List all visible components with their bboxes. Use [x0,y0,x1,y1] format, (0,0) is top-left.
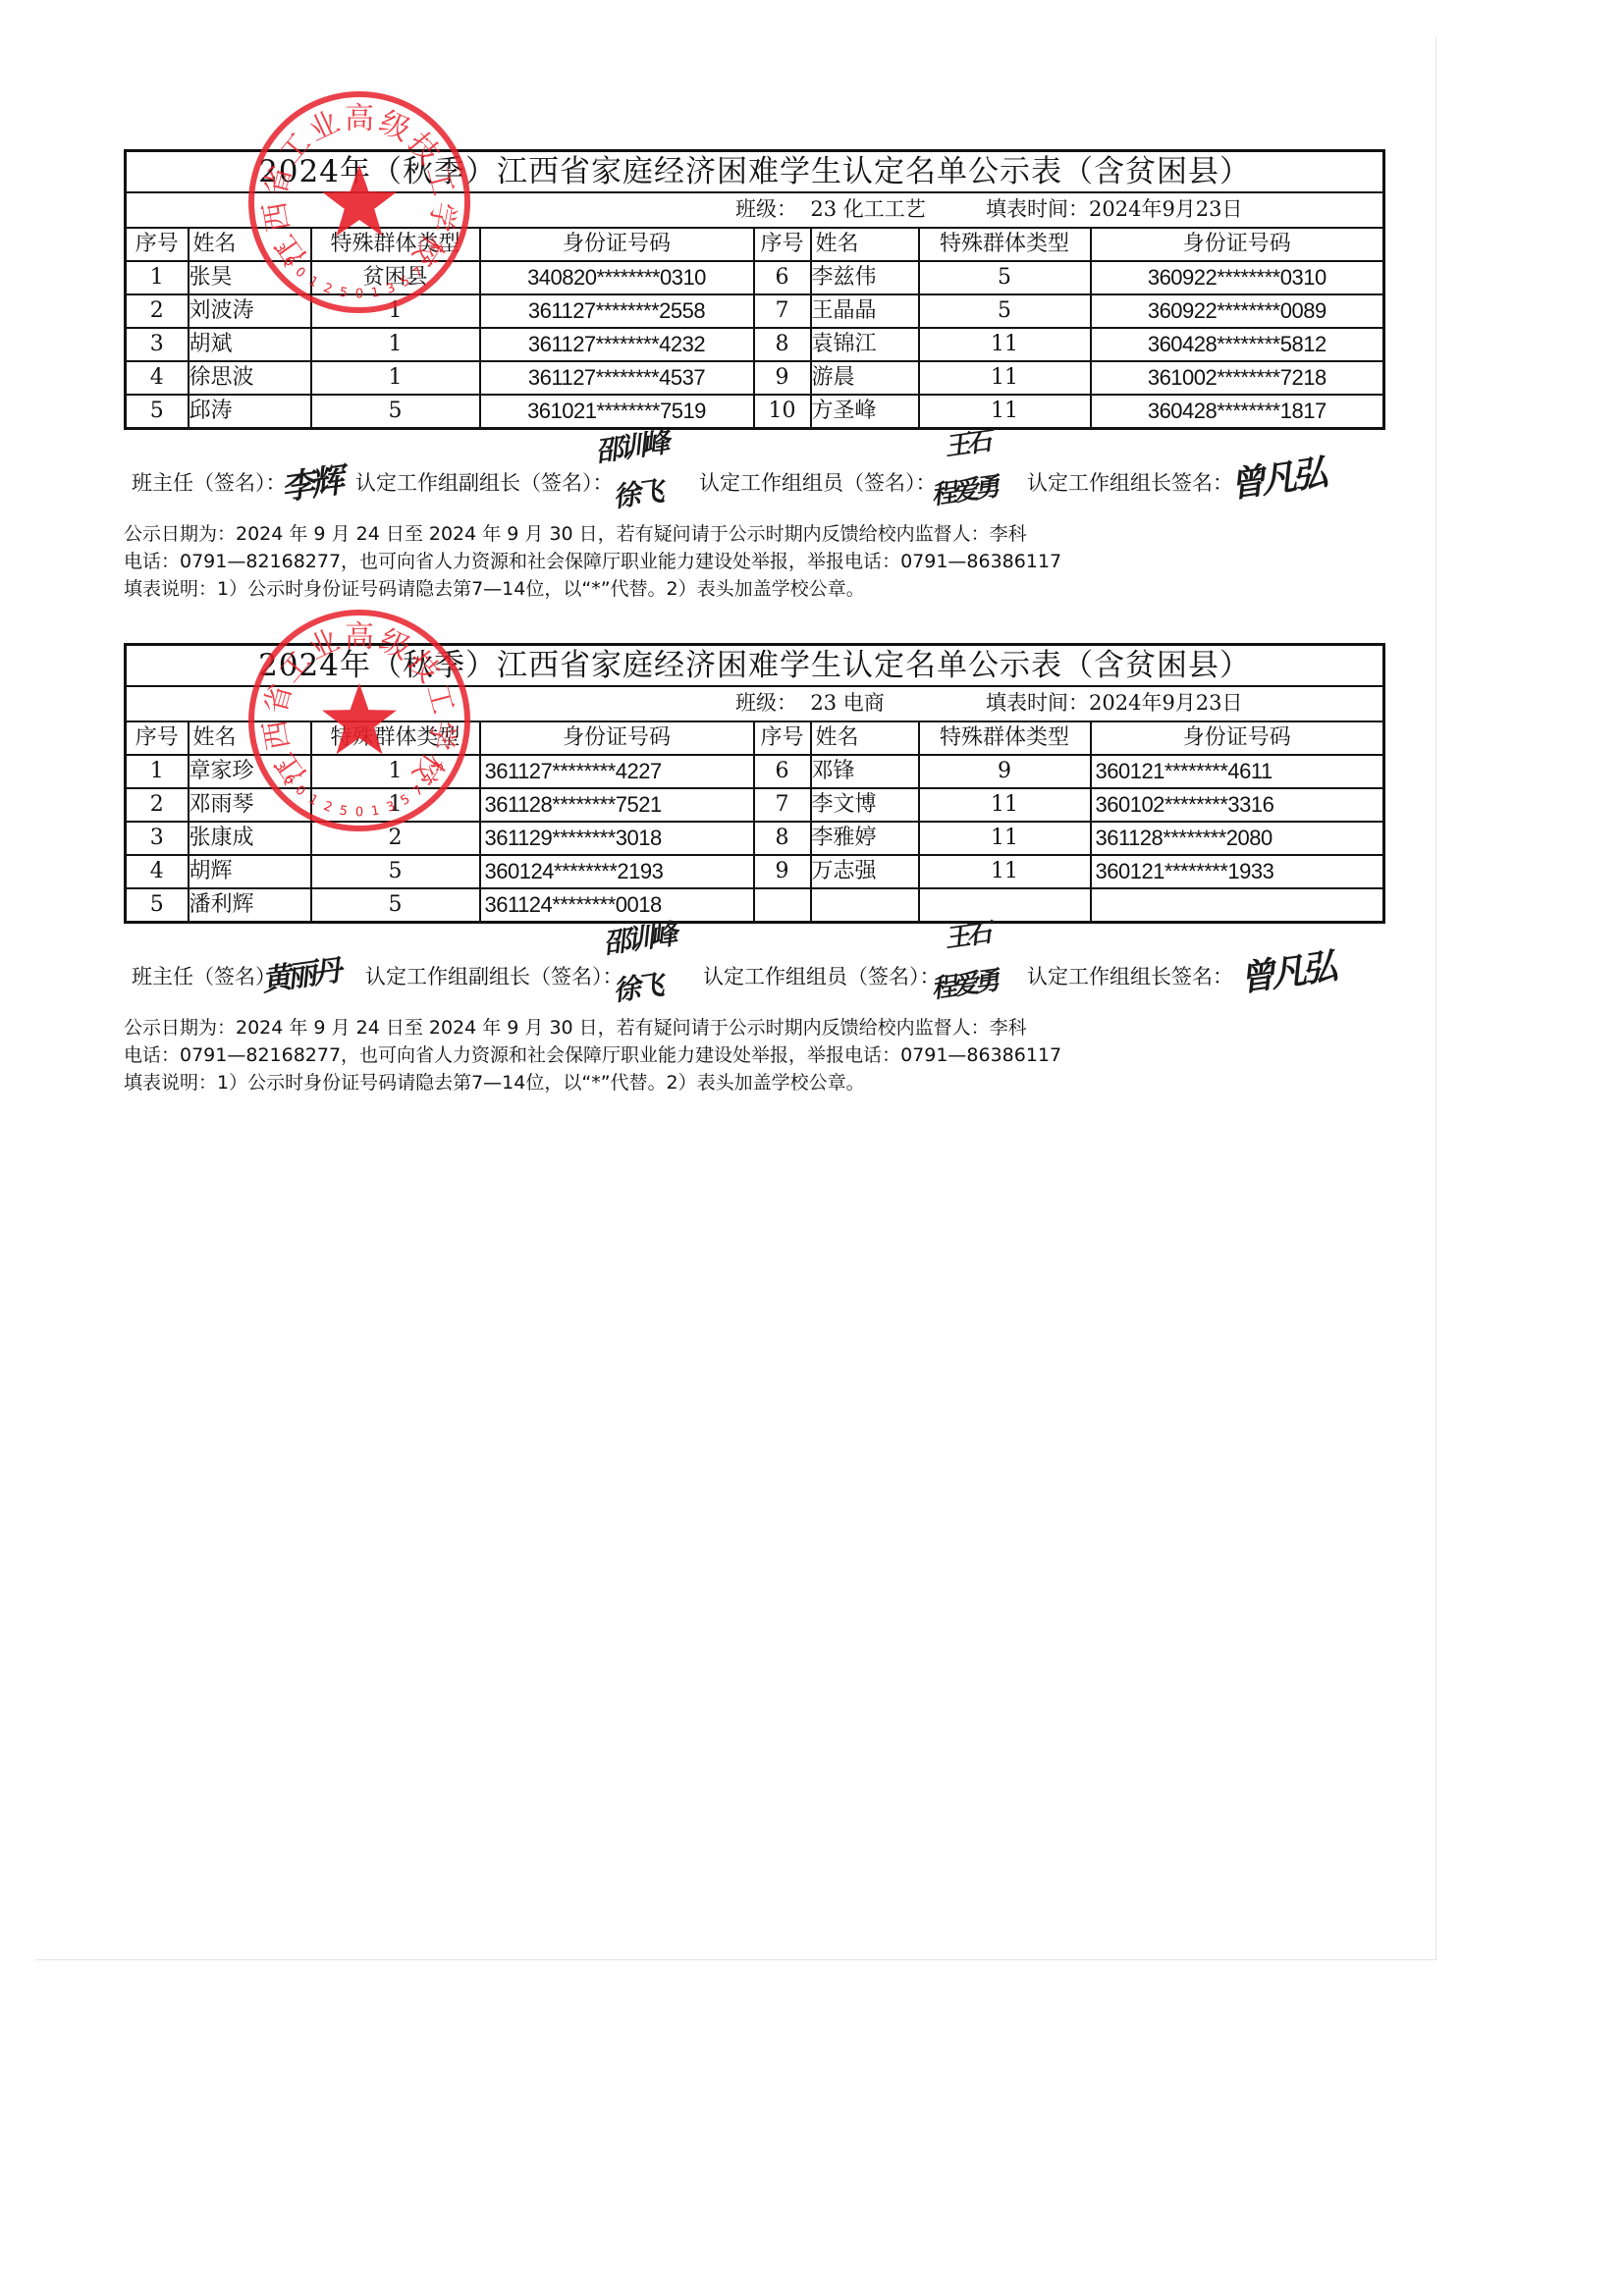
column-header: 特殊群体类型 [311,721,480,755]
group-type-cell: 11 [919,822,1091,855]
row-number-cell: 7 [754,294,811,328]
row-number-cell: 8 [754,822,811,855]
id-number-cell: 360922********0089 [1091,294,1384,328]
table-row: 2邓雨琴1361128********75217李文博11360102*****… [126,788,1384,822]
contact-note: 电话：0791—82168277，也可向省人力资源和社会保障厅职业能力建设处举报… [124,1041,1390,1069]
table-title: 2024年（秋季）江西省家庭经济困难学生认定名单公示表（含贫困县） [126,151,1384,193]
column-header: 身份证号码 [1091,228,1384,261]
id-number-cell: 360124********2193 [480,855,754,888]
id-number-cell [1091,888,1384,923]
deputy-leader-signature-1: 邵训峰 [601,913,677,962]
id-number-cell: 361127********4537 [480,361,754,395]
member-label: 认定工作组组员（签名）： [699,467,937,497]
id-number-cell: 360102********3316 [1091,788,1384,822]
row-number-cell: 5 [126,888,189,923]
table-row: 1张昊贫困县340820********03106李兹伟5360922*****… [126,261,1384,294]
row-number-cell: 2 [126,294,189,328]
column-header: 特殊群体类型 [919,228,1091,261]
deputy-leader-signature-1: 邵训峰 [593,421,669,470]
row-number-cell: 8 [754,328,811,361]
id-number-cell: 340820********0310 [480,261,754,294]
notes: 公示日期为：2024 年 9 月 24 日至 2024 年 9 月 30 日，若… [124,520,1390,603]
student-name-cell: 李兹伟 [811,261,919,294]
student-name-cell: 徐思波 [189,361,311,395]
roster-table: 2024年（秋季）江西省家庭经济困难学生认定名单公示表（含贫困县） 班级： 23… [124,149,1385,430]
group-type-cell: 1 [311,361,480,395]
class-value: 23 电商 [810,691,884,715]
fill-date-value: 2024年9月23日 [1089,691,1243,715]
id-number-cell: 361129********3018 [480,822,754,855]
row-number-cell: 10 [754,395,811,429]
student-name-cell: 潘利辉 [189,888,311,923]
table-row: 1章家珍1361127********42276邓锋9360121*******… [126,755,1384,788]
group-type-cell: 5 [311,395,480,429]
column-header: 身份证号码 [480,228,754,261]
table-header-row: 序号 姓名 特殊群体类型 身份证号码 序号 姓名 特殊群体类型 身份证号码 [126,721,1384,755]
member-signature-1: 王石 [943,913,991,955]
group-type-cell [919,888,1091,923]
publicity-period-note: 公示日期为：2024 年 9 月 24 日至 2024 年 9 月 30 日，若… [124,520,1390,548]
fill-date: 填表时间：2024年9月23日 [986,688,1243,718]
group-type-cell: 1 [311,755,480,788]
row-number-cell: 5 [126,395,189,429]
table-row: 3胡斌1361127********42328袁锦江11360428******… [126,328,1384,361]
column-header: 身份证号码 [480,721,754,755]
id-number-cell: 360428********5812 [1091,328,1384,361]
deputy-leader-label: 认定工作组副组长（签名）： [365,961,623,990]
column-header: 序号 [754,721,811,755]
student-name-cell: 刘波涛 [189,294,311,328]
student-name-cell: 李雅婷 [811,822,919,855]
id-number-cell: 361124********0018 [480,888,754,923]
table-row: 3张康成2361129********30188李雅婷11361128*****… [126,822,1384,855]
group-type-cell: 贫困县 [311,261,480,294]
student-name-cell [811,888,919,923]
class-info: 班级： 23 电商 [735,688,885,718]
row-number-cell: 4 [126,361,189,395]
class-info: 班级： 23 化工工艺 [735,194,926,224]
column-header: 姓名 [811,721,919,755]
class-value: 23 化工工艺 [810,197,925,221]
leader-signature: 曾凡弘 [1226,446,1326,508]
group-type-cell: 1 [311,788,480,822]
publicity-period-note: 公示日期为：2024 年 9 月 24 日至 2024 年 9 月 30 日，若… [124,1014,1390,1041]
column-header: 身份证号码 [1091,721,1384,755]
id-number-cell: 361128********2080 [1091,822,1384,855]
student-name-cell: 张康成 [189,822,311,855]
table-row: 4胡辉5360124********21939万志强11360121******… [126,855,1384,888]
group-type-cell: 5 [919,261,1091,294]
id-number-cell: 361127********4232 [480,328,754,361]
student-name-cell: 李文博 [811,788,919,822]
table-meta: 班级： 23 化工工艺 填表时间：2024年9月23日 [126,192,1384,228]
student-name-cell: 王晶晶 [811,294,919,328]
row-number-cell: 9 [754,855,811,888]
student-name-cell: 方圣峰 [811,395,919,429]
row-number-cell [754,888,811,923]
group-type-cell: 5 [919,294,1091,328]
roster-table: 2024年（秋季）江西省家庭经济困难学生认定名单公示表（含贫困县） 班级： 23… [124,643,1385,924]
leader-label: 认定工作组组长签名： [1027,961,1233,990]
group-type-cell: 2 [311,822,480,855]
student-name-cell: 邓雨琴 [189,788,311,822]
id-number-cell: 361021********7519 [480,395,754,429]
member-label: 认定工作组组员（签名）： [703,961,941,990]
deputy-leader-label: 认定工作组副组长（签名）： [355,467,614,497]
signature-line: 班主任（签名）： 黄丽丹 认定工作组副组长（签名）： 邵训峰 徐飞 认定工作组组… [124,937,1390,1006]
leader-label: 认定工作组组长签名： [1027,467,1233,497]
contact-note: 电话：0791—82168277，也可向省人力资源和社会保障厅职业能力建设处举报… [124,548,1390,575]
notes: 公示日期为：2024 年 9 月 24 日至 2024 年 9 月 30 日，若… [124,1014,1390,1096]
column-header: 序号 [754,228,811,261]
group-type-cell: 11 [919,395,1091,429]
column-header: 特殊群体类型 [311,228,480,261]
column-header: 姓名 [189,228,311,261]
row-number-cell: 4 [126,855,189,888]
member-signature-2: 程爱勇 [929,961,999,1006]
id-number-cell: 361128********7521 [480,788,754,822]
member-signature-2: 程爱勇 [929,467,999,512]
table-row: 2刘波涛1361127********25587王晶晶5360922******… [126,294,1384,328]
id-number-cell: 361002********7218 [1091,361,1384,395]
student-name-cell: 胡斌 [189,328,311,361]
student-name-cell: 袁锦江 [811,328,919,361]
id-number-cell: 360428********1817 [1091,395,1384,429]
id-number-cell: 361127********2558 [480,294,754,328]
column-header: 序号 [126,721,189,755]
group-type-cell: 11 [919,855,1091,888]
member-signature-1: 王石 [943,421,991,463]
id-number-cell: 360922********0310 [1091,261,1384,294]
filling-instructions-note: 填表说明：1）公示时身份证号码请隐去第7—14位，以“*”代替。2）表头加盖学校… [124,575,1390,603]
deputy-leader-signature-2: 徐飞 [610,470,662,515]
id-number-cell: 360121********4611 [1091,755,1384,788]
row-number-cell: 7 [754,788,811,822]
fill-date-value: 2024年9月23日 [1089,197,1243,221]
student-name-cell: 邱涛 [189,395,311,429]
row-number-cell: 9 [754,361,811,395]
fill-date: 填表时间：2024年9月23日 [986,194,1243,224]
column-header: 姓名 [811,228,919,261]
column-header: 特殊群体类型 [919,721,1091,755]
row-number-cell: 1 [126,261,189,294]
row-number-cell: 2 [126,788,189,822]
row-number-cell: 6 [754,755,811,788]
student-name-cell: 游晨 [811,361,919,395]
group-type-cell: 11 [919,788,1091,822]
leader-signature: 曾凡弘 [1236,939,1336,1002]
row-number-cell: 3 [126,822,189,855]
row-number-cell: 3 [126,328,189,361]
group-type-cell: 9 [919,755,1091,788]
id-number-cell: 360121********1933 [1091,855,1384,888]
student-name-cell: 章家珍 [189,755,311,788]
row-number-cell: 1 [126,755,189,788]
group-type-cell: 11 [919,361,1091,395]
head-teacher-signature: 李辉 [278,454,343,509]
table-row: 4徐思波1361127********45379游晨11361002******… [126,361,1384,395]
roster-section-1: 2024年（秋季）江西省家庭经济困难学生认定名单公示表（含贫困县） 班级： 23… [124,149,1390,603]
group-type-cell: 1 [311,328,480,361]
head-teacher-label: 班主任（签名）： [132,467,287,497]
table-header-row: 序号 姓名 特殊群体类型 身份证号码 序号 姓名 特殊群体类型 身份证号码 [126,228,1384,261]
table-row: 5邱涛5361021********751910方圣峰11360428*****… [126,395,1384,429]
table-row: 5潘利辉5361124********0018 [126,888,1384,923]
id-number-cell: 361127********4227 [480,755,754,788]
student-name-cell: 张昊 [189,261,311,294]
column-header: 序号 [126,228,189,261]
head-teacher-signature: 黄丽丹 [258,946,340,999]
filling-instructions-note: 填表说明：1）公示时身份证号码请隐去第7—14位，以“*”代替。2）表头加盖学校… [124,1069,1390,1096]
group-type-cell: 11 [919,328,1091,361]
table-title: 2024年（秋季）江西省家庭经济困难学生认定名单公示表（含贫困县） [126,645,1384,687]
student-name-cell: 万志强 [811,855,919,888]
deputy-leader-signature-2: 徐飞 [610,964,662,1009]
signature-line: 班主任（签名）： 李辉 认定工作组副组长（签名）： 邵训峰 徐飞 认定工作组组员… [124,444,1390,512]
student-name-cell: 胡辉 [189,855,311,888]
group-type-cell: 5 [311,855,480,888]
group-type-cell: 5 [311,888,480,923]
student-name-cell: 邓锋 [811,755,919,788]
row-number-cell: 6 [754,261,811,294]
roster-section-2: 2024年（秋季）江西省家庭经济困难学生认定名单公示表（含贫困县） 班级： 23… [124,643,1390,1096]
column-header: 姓名 [189,721,311,755]
table-meta: 班级： 23 电商 填表时间：2024年9月23日 [126,686,1384,721]
group-type-cell: 1 [311,294,480,328]
